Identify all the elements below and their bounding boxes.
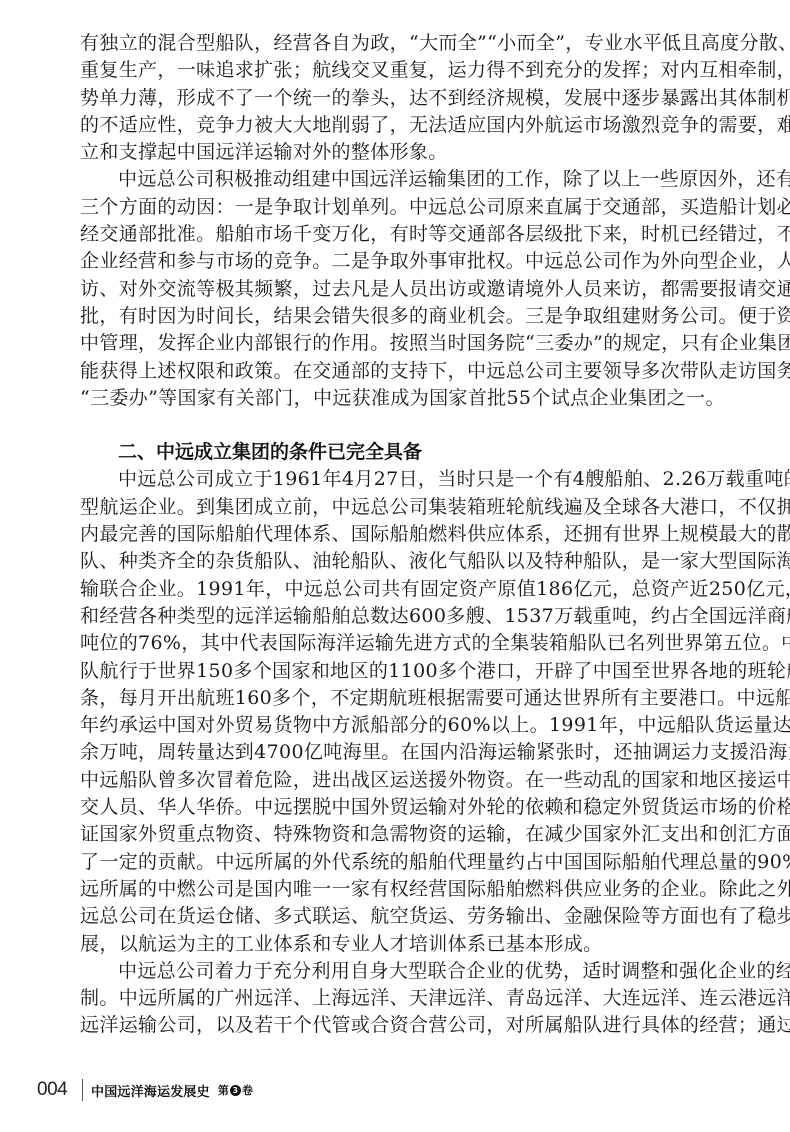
page-body: 有独立的混合型船队，经营各自为政，“大而全”“小而全”，专业水平低且高度分散、 … (80, 30, 728, 1040)
text-line: 批，有时因为时间长，结果会错失很多的商业机会。三是争取组建财务公司。便于资金集 (80, 303, 728, 330)
text-line: 中管理，发挥企业内部银行的作用。按照当时国务院“三委办”的规定，只有企业集团才 (80, 330, 728, 357)
text-line: 重复生产，一味追求扩张；航线交叉重复，运力得不到充分的发挥；对内互相牵制，对外 (80, 57, 728, 84)
text-line: 远所属的中燃公司是国内唯一一家有权经营国际船舶燃料供应业务的企业。除此之外，中 (80, 876, 728, 903)
footer-divider (82, 1079, 83, 1101)
text-line: 型航运企业。到集团成立前，中远总公司集装箱班轮航线遍及全球各大港口，不仅拥有国 (80, 494, 728, 521)
text-line: 证国家外贸重点物资、特殊物资和急需物资的运输，在减少国家外汇支出和创汇方面作出 (80, 821, 728, 848)
text-line: 三个方面的动因：一是争取计划单列。中远总公司原来直属于交通部，买造船计划必须报 (80, 194, 728, 221)
text-line: 远总公司在货运仓储、多式联运、航空货运、劳务输出、金融保险等方面也有了稳步的发 (80, 903, 728, 930)
text-line: 展，以航运为主的工业体系和专业人才培训体系已基本形成。 (80, 931, 728, 958)
text-line: 制。中远所属的广州远洋、上海远洋、天津远洋、青岛远洋、大连远洋、连云港远洋6大 (80, 985, 728, 1012)
page-number: 004 (37, 1079, 73, 1101)
paragraph-mechanism: 中远总公司着力于充分利用自身大型联合企业的优势，适时调整和强化企业的经营机 制。… (80, 958, 728, 1040)
section-spacer (80, 412, 728, 439)
volume-suffix: 卷 (242, 1082, 253, 1098)
text-line: 企业经营和参与市场的竞争。二是争取外事审批权。中远总公司作为外向型企业，人员出 (80, 248, 728, 275)
text-line: 年约承运中国对外贸易货物中方派船部分的60%以上。1991年，中远船队货运量达到… (80, 712, 728, 739)
text-line: 输联合企业。1991年，中远总公司共有固定资产原值186亿元，总资产近250亿元… (80, 576, 728, 603)
volume-label: 第 3 卷 (218, 1082, 253, 1098)
text-line: 吨位的76%，其中代表国际海洋运输先进方式的全集装箱船队已名列世界第五位。中远船 (80, 630, 728, 657)
text-line: 和经营各种类型的远洋运输船舶总数达600多艘、1537万载重吨，约占全国远洋商船… (80, 603, 728, 630)
text-line: 内最完善的国际船舶代理体系、国际船舶燃料供应体系，还拥有世界上规模最大的散货船 (80, 521, 728, 548)
text-line: 有独立的混合型船队，经营各自为政，“大而全”“小而全”，专业水平低且高度分散、 (80, 30, 728, 57)
text-line: 条，每月开出航班160多个，不定期航班根据需要可通达世界所有主要港口。中远船队每 (80, 685, 728, 712)
text-line: 余万吨，周转量达到4700亿吨海里。在国内沿海运输紧张时，还抽调运力支援沿海货运… (80, 739, 728, 766)
text-line: 了一定的贡献。中远所属的外代系统的船舶代理量约占中国国际船舶代理总量的90%，中 (80, 849, 728, 876)
paragraph-conditions: 中远总公司成立于1961年4月27日，当时只是一个有4艘船舶、2.26万载重吨的… (80, 466, 728, 957)
book-title: 中国远洋海运发展史 (91, 1081, 210, 1100)
text-line: 中远总公司积极推动组建中国远洋运输集团的工作，除了以上一些原因外，还有以下 (80, 166, 728, 193)
text-line: 立和支撑起中国远洋运输对外的整体形象。 (80, 139, 728, 166)
paragraph-motives: 中远总公司积极推动组建中国远洋运输集团的工作，除了以上一些原因外，还有以下 三个… (80, 166, 728, 412)
paragraph-continued: 有独立的混合型船队，经营各自为政，“大而全”“小而全”，专业水平低且高度分散、 … (80, 30, 728, 166)
text-line: 中远总公司成立于1961年4月27日，当时只是一个有4艘船舶、2.26万载重吨的… (80, 466, 728, 493)
text-line: 中远船队曾多次冒着危险，进出战区运送援外物资。在一些动乱的国家和地区接运中方外 (80, 767, 728, 794)
text-line: 交人员、华人华侨。中远摆脱中国外贸运输对外轮的依赖和稳定外贸货运市场的价格、保 (80, 794, 728, 821)
page-footer: 004 中国远洋海运发展史 第 3 卷 (37, 1077, 253, 1103)
text-line: 访、对外交流等极其频繁，过去凡是人员出访或邀请境外人员来访，都需要报请交通部审 (80, 276, 728, 303)
text-line: 中远总公司着力于充分利用自身大型联合企业的优势，适时调整和强化企业的经营机 (80, 958, 728, 985)
section-heading: 二、中远成立集团的条件已完全具备 (80, 439, 728, 466)
text-line: 的不适应性，竞争力被大大地削弱了，无法适应国内外航运市场激烈竞争的需要，难以树 (80, 112, 728, 139)
text-line: 经交通部批准。船舶市场千变万化，有时等交通部各层级批下来，时机已经错过，不利于 (80, 221, 728, 248)
text-line: 队、种类齐全的杂货船队、油轮船队、液化气船队以及特种船队，是一家大型国际海洋运 (80, 548, 728, 575)
text-line: 队航行于世界150多个国家和地区的1100多个港口，开辟了中国至世界各地的班轮航… (80, 658, 728, 685)
volume-number-circle-icon: 3 (230, 1085, 241, 1096)
volume-prefix: 第 (218, 1082, 229, 1098)
text-line: 能获得上述权限和政策。在交通部的支持下，中远总公司主要领导多次带队走访国务院 (80, 358, 728, 385)
text-line: “三委办”等国家有关部门，中远获准成为国家首批55个试点企业集团之一。 (80, 385, 728, 412)
text-line: 势单力薄，形成不了一个统一的拳头，达不到经济规模，发展中逐步暴露出其体制机制上 (80, 85, 728, 112)
text-line: 远洋运输公司，以及若干个代管或合资合营公司，对所属船队进行具体的经营；通过16家 (80, 1012, 728, 1039)
